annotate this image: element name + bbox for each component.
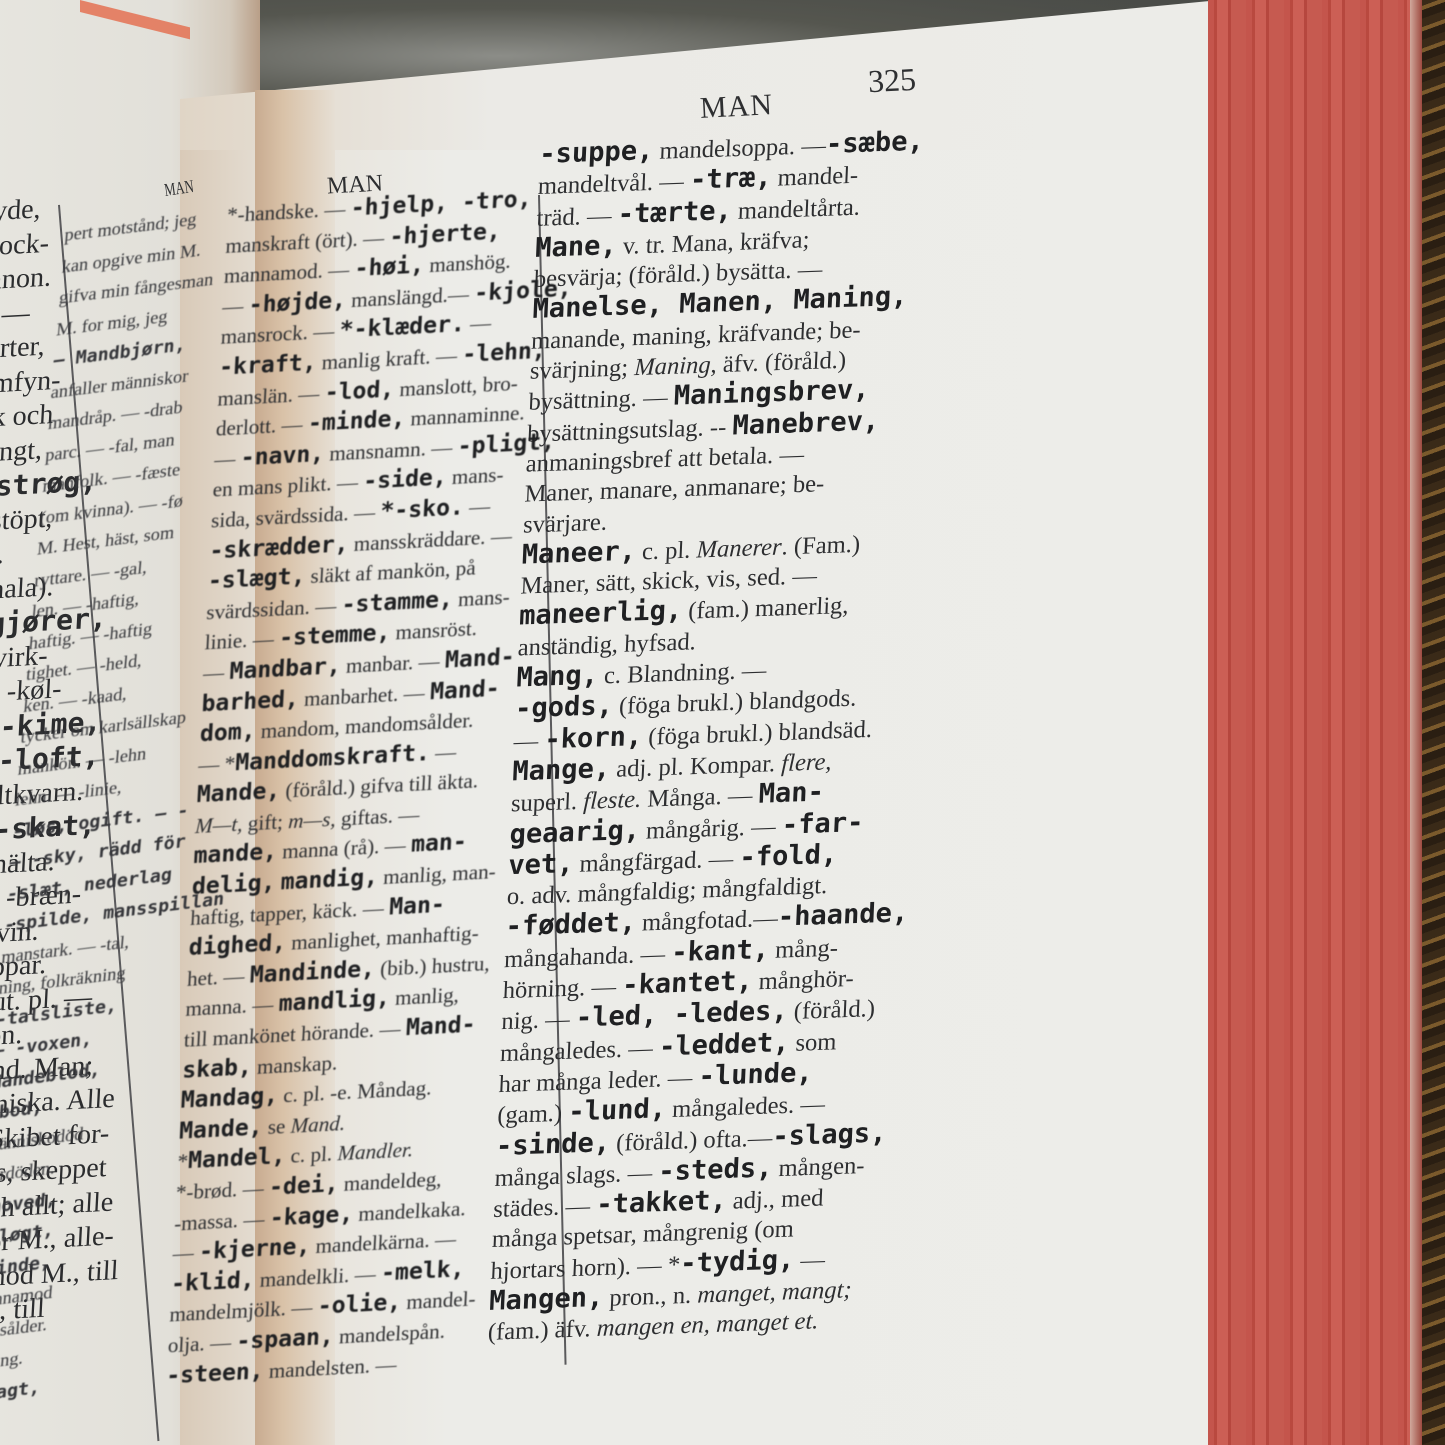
headword: -haande, xyxy=(777,898,909,934)
definition-text: mandelkli. — xyxy=(254,1261,382,1292)
headword: Mand- xyxy=(444,644,515,674)
headword: Mange, xyxy=(512,753,611,787)
italic-form: Maning xyxy=(634,352,712,382)
headword: Mande, xyxy=(196,778,281,808)
headword: dighed, xyxy=(188,930,287,961)
definition-text: bysättningsutslag. -- xyxy=(527,413,734,447)
definition-text: anständig, hyfsad. xyxy=(517,628,696,661)
definition-text: mansröst. xyxy=(390,616,478,645)
definition-text: mång- xyxy=(769,934,839,963)
definition-text: träd. — xyxy=(536,202,618,232)
definition-text: manshög. xyxy=(424,249,512,278)
headword: Mand- xyxy=(429,675,500,705)
definition-text: manslott, bro- xyxy=(394,371,519,401)
italic-form: m—s, xyxy=(288,807,337,833)
definition-text: pron., n. xyxy=(603,1282,698,1312)
headword: -melk, xyxy=(380,1256,465,1286)
headword: -klid, xyxy=(170,1267,255,1297)
headword: -leddet, xyxy=(658,1027,790,1063)
headword: man- xyxy=(410,829,467,858)
headword: -kraft, xyxy=(219,350,318,381)
headword: -sinde, xyxy=(495,1127,610,1162)
headword: Mandag, xyxy=(180,1083,279,1114)
definition-text: mansnamn. — xyxy=(324,435,459,466)
headword: Mand- xyxy=(405,1012,476,1042)
definition-text: se xyxy=(262,1114,291,1139)
definition-text: manlig, xyxy=(389,983,459,1011)
definition-text: mandelsoppa. — xyxy=(653,132,827,165)
headword: -lod, xyxy=(324,376,395,406)
headword: geaarig, xyxy=(509,814,641,850)
headword: -slags, xyxy=(772,1117,887,1152)
definition-text: superl. xyxy=(510,788,583,817)
definition-text: sida, svärdssida. — xyxy=(211,500,382,533)
definition-text: — xyxy=(222,293,250,318)
italic-form: manget, mangt; xyxy=(697,1276,852,1308)
definition-text: *-handske. — xyxy=(227,197,352,227)
definition-text: (föråld.) ofta.— xyxy=(610,1124,773,1157)
headword: *-klæder. xyxy=(339,311,466,344)
headword: -far- xyxy=(781,807,864,841)
definition-text: många slags. — xyxy=(494,1159,659,1192)
headword: -korn, xyxy=(544,721,643,755)
headword: -lunde, xyxy=(698,1057,813,1092)
definition-text: manare, anmanare; be- xyxy=(593,470,825,505)
headword: -gods, xyxy=(514,690,613,724)
headword: Man- xyxy=(758,777,825,810)
headword: Mandel, xyxy=(187,1143,286,1174)
definition-text: c. pl. xyxy=(635,536,697,565)
headword: -kjole, xyxy=(474,275,573,306)
headword: -stemme, xyxy=(279,620,392,652)
page-number: 325 xyxy=(867,61,917,100)
italic-form: Manerer xyxy=(696,533,782,563)
definition-text: mandelkaka. xyxy=(353,1196,467,1226)
italic-form: Mandler. xyxy=(337,1138,414,1166)
right-column: -suppe, mandelsoppa. —-sæbe,mandeltvål. … xyxy=(487,124,1001,1349)
definition-text: adj., med xyxy=(726,1185,824,1215)
definition-text: mannamod. — xyxy=(223,257,355,288)
definition-text: — xyxy=(794,1246,826,1274)
fore-edge-shade xyxy=(1410,0,1422,1445)
headword: -slægt, xyxy=(207,564,306,595)
definition-text: mansrock. — xyxy=(220,319,340,349)
headword: -kant, xyxy=(671,934,770,968)
definition-text: -massa. — xyxy=(174,1206,271,1235)
headword: -steds, xyxy=(658,1152,773,1187)
headword: -hjerte, xyxy=(389,218,502,250)
definition-text: mandel- xyxy=(771,162,859,192)
definition-text: — xyxy=(203,660,231,685)
definition-text: mångfärgad. — xyxy=(573,845,740,878)
definition-text: Maner, xyxy=(524,479,594,508)
definition-text: släkt af mankön, på xyxy=(305,556,477,589)
definition-text: nig. — xyxy=(501,1006,577,1036)
definition-text: manna (rå). — xyxy=(276,833,411,864)
definition-text: — * xyxy=(198,751,236,777)
definition-text: derlott. — xyxy=(215,412,308,441)
definition-text: manskap. xyxy=(251,1050,338,1078)
headword: -side, xyxy=(363,465,448,495)
definition-text: månghör- xyxy=(752,965,854,996)
definition-text: mans- xyxy=(446,463,504,490)
definition-text: manbarhet. — xyxy=(298,680,430,711)
definition-text: — xyxy=(463,494,491,519)
definition-text: hörning. — xyxy=(502,973,623,1004)
headword: Mandinde, xyxy=(249,956,376,989)
definition-text: manna. — xyxy=(185,992,279,1021)
middle-column: *-handske. — -hjelp, -tro,manskraft (ört… xyxy=(166,183,550,1391)
definition-text: mandelsten. — xyxy=(263,1352,397,1383)
headword: mandig, xyxy=(280,864,379,895)
definition-text: mandelmjölk. — xyxy=(169,1295,318,1327)
definition-text: . (Fam.) xyxy=(781,531,861,561)
definition-text: manslän. — xyxy=(217,381,325,411)
headword: -sæbe, xyxy=(825,126,924,160)
definition-text: mandelkärna. — xyxy=(310,1227,457,1259)
italic-form: mangen en, manget et. xyxy=(596,1308,819,1343)
definition-text: — xyxy=(172,1240,200,1265)
definition-text: mandeldeg, xyxy=(338,1167,442,1196)
headword: -højde, xyxy=(248,287,347,318)
definition-text: manbar. — xyxy=(340,649,445,678)
definition-text: mans- xyxy=(452,584,510,611)
definition-text: mångfotad.— xyxy=(635,905,778,937)
definition-text: mångaledes. — xyxy=(500,1034,660,1067)
definition-text: städes. — xyxy=(493,1192,597,1223)
headword: -stamme, xyxy=(341,586,454,618)
headword: mande, xyxy=(193,839,278,869)
definition-text: svärjare. xyxy=(523,508,608,538)
definition-text: mansskräddare. — xyxy=(348,523,513,556)
headword: -steen, xyxy=(166,1358,265,1389)
headword: Mangen, xyxy=(489,1282,604,1317)
headword: -kjerne, xyxy=(198,1234,311,1266)
headword: -dei, xyxy=(268,1171,339,1201)
definition-text: mångahanda. — xyxy=(504,940,672,973)
italic-form: flere, xyxy=(781,748,832,777)
headword: -navn, xyxy=(240,441,325,471)
running-head-right: MAN xyxy=(699,88,774,126)
definition-text: manlig kraft. — xyxy=(316,343,463,375)
definition-text: en mans plikt. — xyxy=(212,470,364,502)
definition-text: (föga brukl.) blandsäd. xyxy=(642,716,873,751)
definition-text: (föråld.) xyxy=(787,995,875,1025)
definition-text: c. Blandning. — xyxy=(597,657,767,690)
headword: Mane, xyxy=(535,230,618,264)
definition-text: c. pl. xyxy=(285,1142,338,1169)
headword: -føddet, xyxy=(505,907,637,943)
definition-text: (bib.) hustru, xyxy=(374,951,490,981)
definition-text: har många leder. — xyxy=(498,1064,699,1098)
definition-text: mångaledes. — xyxy=(666,1091,826,1124)
headword: maneerlig, xyxy=(519,595,683,632)
headword: dom, xyxy=(199,718,256,747)
italic-form: fleste. xyxy=(583,786,642,815)
definition-text: (fam.) äfv. xyxy=(487,1315,597,1346)
headword: Mande, xyxy=(179,1114,264,1144)
definition-text: linie. — xyxy=(204,627,280,655)
definition-text: — xyxy=(429,739,457,764)
headword: -tro, xyxy=(447,186,532,216)
definition-text: adj. pl. Kompar. xyxy=(610,750,782,783)
headword: -tydig, xyxy=(680,1244,795,1279)
definition-text: v. tr. Mana, kräfva; xyxy=(616,226,810,260)
definition-text: , äfv. (föråld.) xyxy=(710,347,847,379)
headword: -suppe, xyxy=(539,135,654,170)
headword: Mang, xyxy=(516,660,599,694)
headword: -tærte, xyxy=(617,195,732,230)
definition-text: mandelspån. xyxy=(333,1319,446,1349)
definition-text: som xyxy=(789,1028,837,1057)
running-head-left: MAN xyxy=(163,176,195,201)
headword: -kantet, xyxy=(622,965,754,1001)
headword: -spaan, xyxy=(236,1324,335,1355)
headword: Mandbar, xyxy=(229,653,342,685)
definition-text: — xyxy=(214,446,242,471)
headword: vet, xyxy=(508,848,575,881)
definition-text: Många. — xyxy=(641,782,760,813)
headword: -lehn, xyxy=(462,338,547,368)
headword: -olie, xyxy=(317,1290,402,1320)
definition-text: mandeltvål. — xyxy=(537,168,690,200)
definition-text: hjortars horn). — * xyxy=(490,1251,681,1285)
headword: -skrædder, xyxy=(209,531,349,564)
definition-text: bysättning. — xyxy=(528,384,675,416)
definition-text: mången- xyxy=(772,1152,865,1182)
headword: -hjelp, xyxy=(350,190,449,221)
headword: mandlig, xyxy=(278,986,391,1018)
headword: -takket, xyxy=(596,1185,728,1221)
photo-scene: MAN 325 MAN MAN -suppe, mandelsoppa. —-s… xyxy=(0,0,1445,1445)
italic-form: M—t, xyxy=(195,812,244,838)
definition-text: svärdssidan. — xyxy=(206,593,343,624)
headword: -lund, xyxy=(568,1093,667,1127)
definition-text: manlig, man- xyxy=(377,859,496,889)
headword: skab, xyxy=(182,1054,253,1084)
definition-text: *-brød. — xyxy=(175,1176,269,1205)
definition-text: mångårig. — xyxy=(639,812,782,844)
definition-text: manslängd.— xyxy=(345,281,475,312)
definition-text: gift; xyxy=(242,809,289,835)
headword: Manebrev, xyxy=(732,405,880,441)
headword: -fold, xyxy=(739,839,838,873)
headword: -minde, xyxy=(307,406,406,437)
definition-text: giftas. — xyxy=(335,802,420,830)
headword: Maneer, xyxy=(521,535,636,570)
definition-text: — xyxy=(464,311,492,336)
italic-form: Mand. xyxy=(290,1111,346,1138)
headword: Man- xyxy=(389,891,446,920)
headword: -kage, xyxy=(269,1201,354,1231)
definition-text: mandel- xyxy=(401,1287,477,1315)
definition-text: c. pl. -e. Måndag. xyxy=(277,1076,432,1108)
definition-text: manskraft (ört). — xyxy=(225,225,390,258)
red-fore-edge xyxy=(1208,0,1418,1445)
definition-text: olja. — xyxy=(167,1330,237,1358)
definition-text: (gam.) xyxy=(497,1100,569,1129)
headword: barhed, xyxy=(201,686,300,717)
definition-text: (fam.) manerlig, xyxy=(682,593,850,626)
definition-text: mandeltårta. xyxy=(731,193,860,224)
headword: -træ, xyxy=(689,162,772,196)
definition-text: mannaminne. xyxy=(405,401,526,431)
headword: *-sko. xyxy=(380,494,465,524)
definition-text: het. — xyxy=(187,964,251,991)
headword: -høi, xyxy=(354,253,425,283)
headword: -pligt, xyxy=(457,429,556,460)
